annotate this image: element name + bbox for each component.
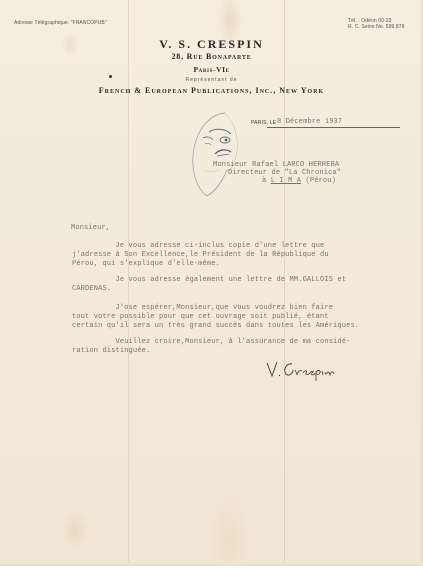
date-value: 8 Décembre 1937 xyxy=(277,118,342,127)
body-paragraph: J'ose espérer,Monsieur,que vous voudrez … xyxy=(72,304,359,331)
closing-paragraph: Veuillez croire,Monsieur, à l'assurance … xyxy=(72,338,350,356)
telegraphic-address: Adresse Télégraphique: "FRANCOPUB" xyxy=(14,20,107,26)
body-paragraph: Je vous adresse ci-inclus copie d'une le… xyxy=(72,242,329,269)
date-underline xyxy=(267,127,400,128)
salutation: Monsieur, xyxy=(71,224,110,233)
ink-dot xyxy=(109,75,112,78)
telephone-block: Tél. : Odéon 00-33 R. C. Seine No. 599.8… xyxy=(348,19,405,30)
face-sketch-icon xyxy=(185,110,245,205)
handwritten-signature: V. Crespin xyxy=(264,358,344,382)
letter-page: Adresse Télégraphique: "FRANCOPUB" Tél. … xyxy=(0,0,423,566)
recipient-country: (Pérou) xyxy=(301,177,336,185)
paper-edge-bottom xyxy=(0,562,423,566)
date-label: PARIS, LE xyxy=(251,120,276,126)
recipient-location-prefix: à xyxy=(262,177,271,185)
recipient-location: à L I M A (Pérou) xyxy=(262,177,336,186)
represents-label: Représentant de xyxy=(0,77,423,83)
recipient-city: L I M A xyxy=(271,177,301,185)
sender-name: V. S. CRESPIN xyxy=(0,37,423,52)
body-paragraph: Je vous adresse également une lettre de … xyxy=(72,276,346,294)
sender-city: Paris-VIe xyxy=(0,65,423,74)
represented-company: French & European Publications, Inc., Ne… xyxy=(0,86,423,95)
registry-number: R. C. Seine No. 599.879 xyxy=(348,25,405,31)
sender-street: 28, Rue Bonaparte xyxy=(0,52,423,61)
